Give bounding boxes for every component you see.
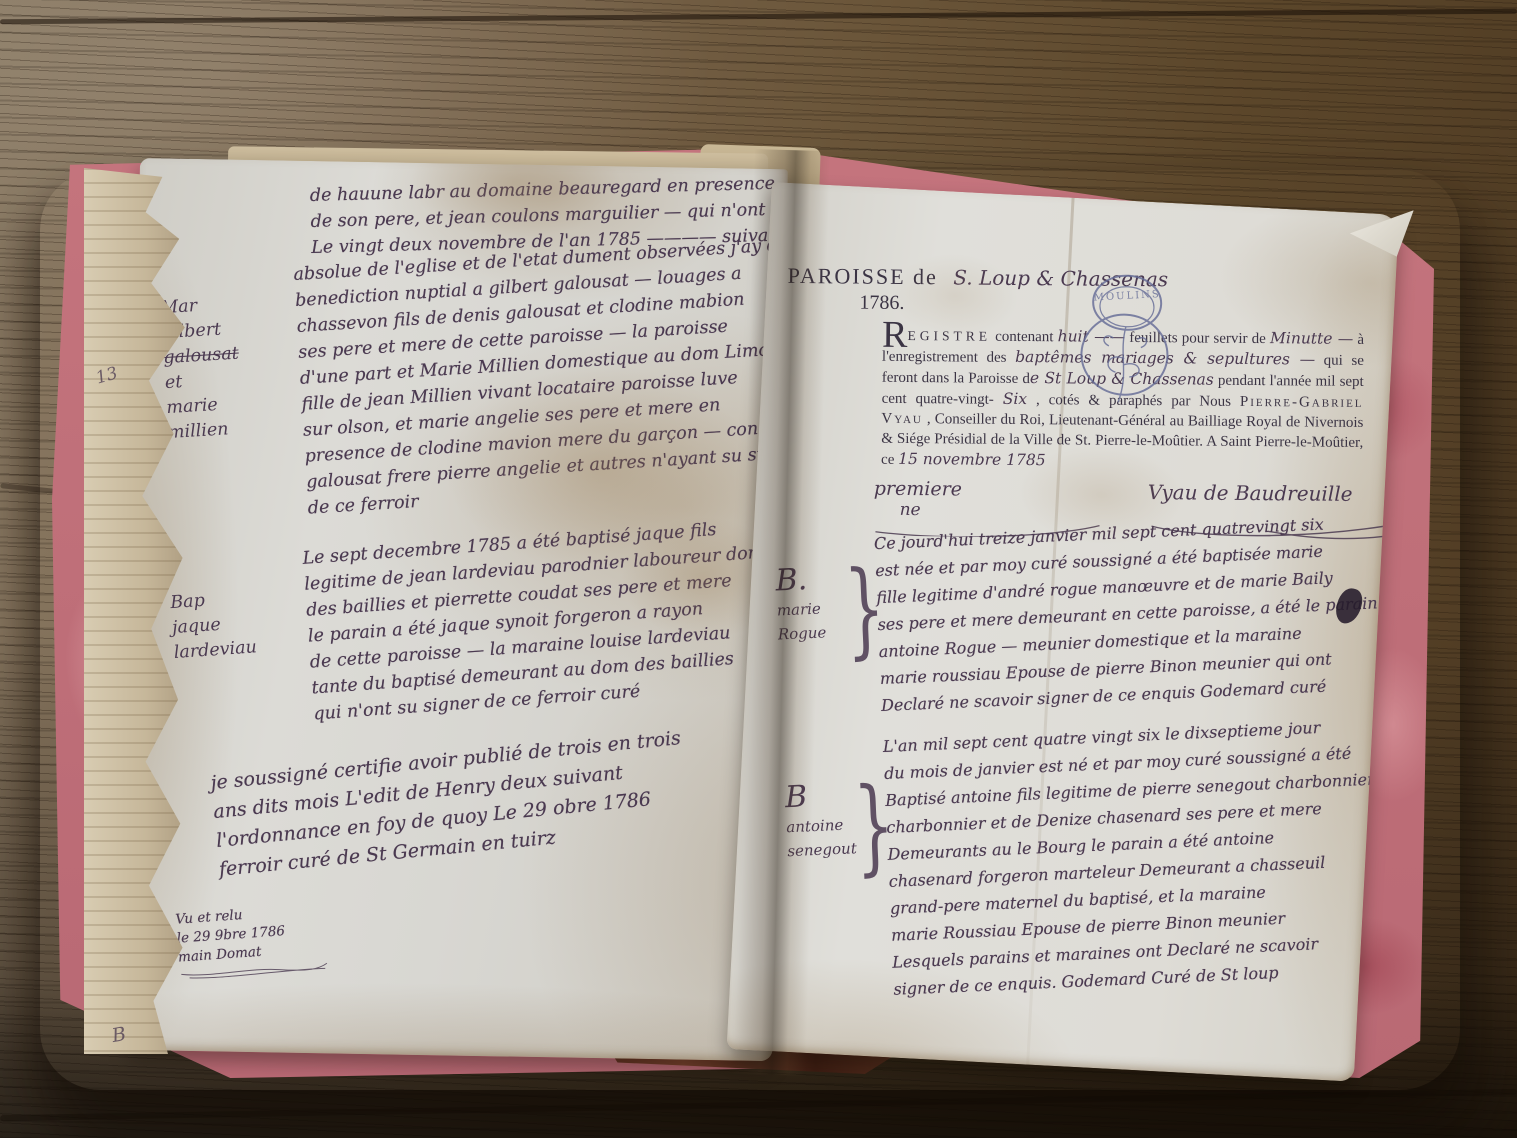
marriage-entry: Margilbertgalousatetmariemillien absolue… xyxy=(158,232,788,529)
marriage-entry-text: absolue de l'eglise et de l'etat dument … xyxy=(293,228,788,521)
tax-stamp: MOULINS xyxy=(1065,260,1185,418)
left-page: de hauune labr au domaine beauregard en … xyxy=(124,158,787,1061)
baptism-margin-note: Bapjaquelardeviau xyxy=(153,546,314,738)
visa-note-lines: Vu et relule 29 9bre 1786main Domat xyxy=(175,869,770,967)
premiere-word: premiere xyxy=(874,478,1104,502)
ne-word: ne xyxy=(900,500,1104,522)
baptism-entry-left: Bapjaquelardeviau Le sept decembre 1785 … xyxy=(153,513,784,738)
registre-segment: 15 novembre 1785 xyxy=(898,450,1046,469)
entry-brace: } xyxy=(850,733,886,1004)
marriage-margin-note: Margilbertgalousatetmariemillien xyxy=(158,262,309,530)
baptism-entries: B.marieRogue } Ce jourd'hui treize janvi… xyxy=(774,509,1376,1007)
left-page-text: de hauune labr au domaine beauregard en … xyxy=(146,180,780,997)
entry2-text: L'an mil sept cent quatre vingt six le d… xyxy=(882,712,1383,1003)
baptism-entry-antoine-senegout: Bantoinesenegout } L'an mil sept cent qu… xyxy=(782,712,1375,1007)
entry-brace: } xyxy=(841,531,873,721)
baptism-entry-marie-rogue: B.marieRogue } Ce jourd'hui treize janvi… xyxy=(774,509,1364,723)
photo-stage: 13 B de hauune labr au domaine beauregar… xyxy=(0,0,1517,1138)
stamp-place: MOULINS xyxy=(1093,289,1161,303)
stub-fragment: 13 xyxy=(94,363,120,388)
registre-segment: EGISTRE xyxy=(907,328,991,344)
visa-note: Vu et relule 29 9bre 1786main Domat xyxy=(175,869,771,986)
certification-block: je soussigné certifie avoir publié de tr… xyxy=(209,716,778,885)
entry1-text: Ce jourd'hui treize janvier mil sept cen… xyxy=(873,508,1381,719)
right-page: MOULINS PAROISSE de S. Loup & Chassenas … xyxy=(727,182,1400,1082)
registre-segment: Minutte — xyxy=(1270,329,1353,348)
signature: Vyau de Baudreuille xyxy=(1148,480,1399,507)
right-page-text: PAROISSE de S. Loup & Chassenas 1786. RE… xyxy=(749,263,1369,1037)
registre-segment: contenant xyxy=(991,329,1058,346)
registre-segment: Six xyxy=(1003,390,1027,408)
baptism-entry-text: Le sept decembre 1785 a été baptisé jaqu… xyxy=(302,514,775,728)
stub-fragment: B xyxy=(110,1023,128,1047)
